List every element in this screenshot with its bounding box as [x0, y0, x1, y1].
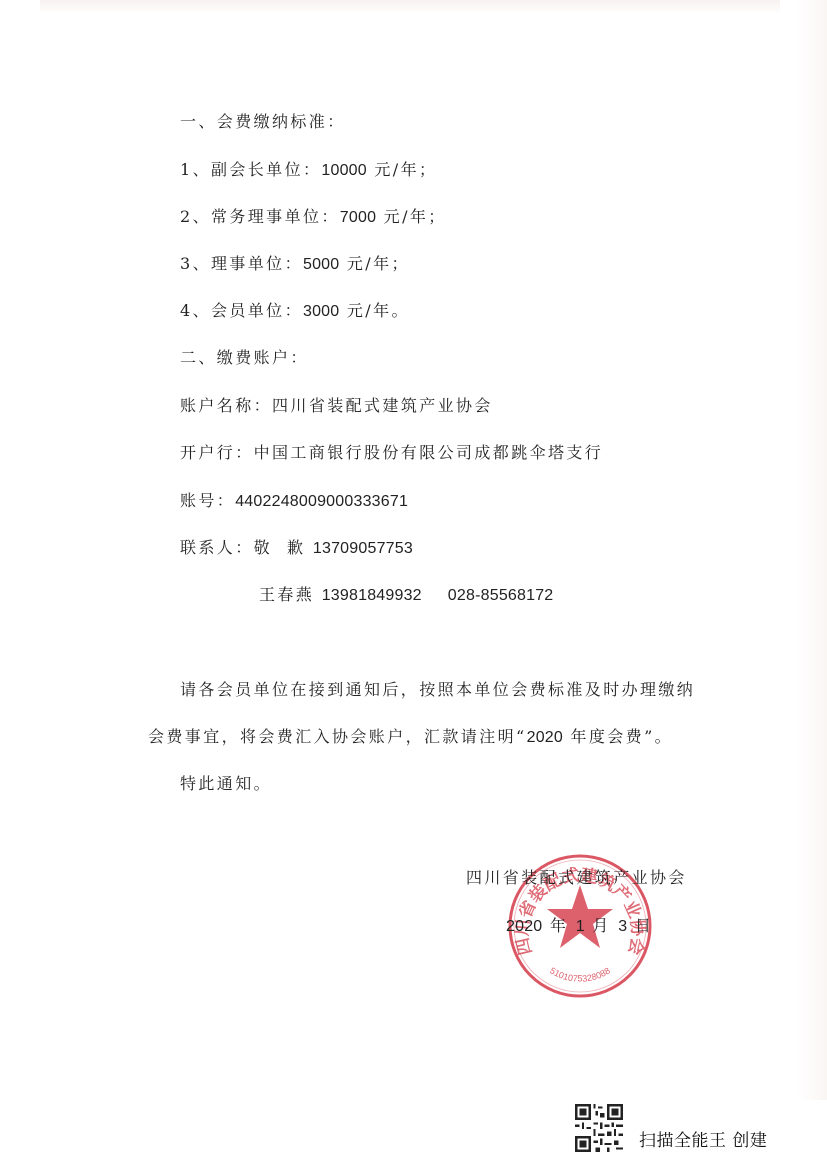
notice-paragraph-line2: 会费事宜，将会费汇入协会账户，汇款请注明“2020 年度会费”。 — [148, 727, 673, 748]
qr-code-icon — [575, 1104, 623, 1152]
notice-year: 2020 — [527, 729, 563, 746]
fee-item-label: 2、常务理事单位： — [180, 207, 340, 226]
fee-item-2: 2、常务理事单位：7000 元/年； — [180, 207, 447, 228]
bank-label: 开户行： — [180, 443, 254, 462]
fee-item-label: 4、会员单位： — [180, 301, 303, 320]
account-name-value: 四川省装配式建筑产业协会 — [272, 396, 493, 415]
fee-unit: 元/年； — [367, 160, 437, 179]
contact-row-2: 王春燕 13981849932028-85568172 — [259, 585, 553, 606]
signature-org: 四川省装配式建筑产业协会 — [466, 868, 687, 888]
contact-name: 敬 歉 — [254, 538, 306, 557]
fee-amount: 10000 — [321, 162, 367, 179]
account-number-value: 4402248009000333671 — [235, 493, 408, 510]
contact-phone: 13709057753 — [313, 540, 413, 557]
fee-unit: 元/年； — [339, 254, 409, 273]
notice-paragraph-line1: 请各会员单位在接到通知后，按照本单位会费标准及时办理缴纳 — [180, 680, 695, 700]
fee-item-label: 3、理事单位： — [180, 254, 303, 273]
notice-text: 年度会费”。 — [563, 727, 673, 746]
fee-amount: 7000 — [340, 209, 376, 226]
section1-heading: 一、会费缴纳标准： — [180, 112, 346, 132]
fee-item-4: 4、会员单位：3000 元/年。 — [180, 301, 410, 322]
account-name-row: 账户名称：四川省装配式建筑产业协会 — [180, 396, 493, 416]
fee-amount: 3000 — [303, 303, 339, 320]
contact-row-1: 联系人：敬 歉 13709057753 — [180, 538, 413, 559]
account-number-row: 账号：4402248009000333671 — [180, 491, 408, 512]
document-page: 一、会费缴纳标准： 1、副会长单位：10000 元/年； 2、常务理事单位：70… — [0, 0, 827, 1170]
bank-value: 中国工商银行股份有限公司成都跳伞塔支行 — [254, 443, 604, 462]
contact-landline: 028-85568172 — [448, 587, 554, 604]
fee-unit: 元/年； — [376, 207, 446, 226]
fee-item-label: 1、副会长单位： — [180, 160, 321, 179]
scan-top-shading — [40, 0, 780, 14]
section2-heading: 二、缴费账户： — [180, 348, 309, 368]
date-day: 3 — [618, 918, 627, 935]
account-number-label: 账号： — [180, 491, 235, 510]
fee-unit: 元/年。 — [339, 301, 409, 320]
fee-amount: 5000 — [303, 256, 339, 273]
scanner-watermark: 扫描全能王 创建 — [575, 1104, 767, 1152]
contact-name: 王春燕 — [259, 585, 314, 604]
date-month: 1 — [576, 918, 585, 935]
fee-item-1: 1、副会长单位：10000 元/年； — [180, 160, 437, 181]
date-text: 月 — [585, 916, 618, 935]
scan-edge-shading — [797, 0, 827, 1100]
contact-label: 联系人： — [180, 538, 254, 557]
contact-phone: 13981849932 — [322, 587, 422, 604]
watermark-text: 扫描全能王 创建 — [639, 1126, 767, 1151]
closing-text: 特此通知。 — [180, 774, 272, 794]
date-text: 年 — [542, 916, 575, 935]
signature-date: 2020 年 1 月 3 日 — [506, 916, 653, 937]
account-name-label: 账户名称： — [180, 396, 272, 415]
bank-row: 开户行：中国工商银行股份有限公司成都跳伞塔支行 — [180, 443, 603, 463]
fee-item-3: 3、理事单位：5000 元/年； — [180, 254, 410, 275]
notice-text: 会费事宜，将会费汇入协会账户，汇款请注明“ — [148, 727, 527, 746]
svg-text:5101075328088: 5101075328088 — [548, 965, 612, 983]
date-text: 日 — [627, 916, 653, 935]
date-year: 2020 — [506, 918, 542, 935]
